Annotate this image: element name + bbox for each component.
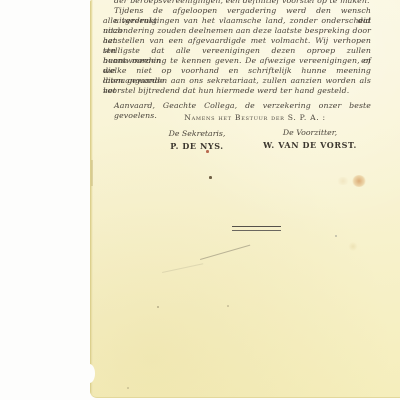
signature-heading: Namens het Bestuur der S. P. A. : [155,113,355,122]
rust-stain [352,175,366,187]
dust-speck [157,306,159,308]
scratch-mark [162,263,203,273]
paper-left-edge [90,0,93,397]
signature-chairman: De Voorzitter, W. VAN DE VORST. [263,128,357,150]
stain-halo [336,177,350,185]
dust-speck [335,235,337,237]
section-divider-rule [232,226,281,231]
closing-line: Aanvaard, Geachte Collega, de verzekerin… [103,101,371,111]
letter-line: laten geworden aan ons sekretariaat, zul… [103,76,371,86]
letter-line: aanstellen van een afgevaardigde met vol… [103,36,371,46]
letter-line: voorstel bijtredend dat hun hiermede wer… [103,86,371,96]
document-scan: der beroepsvereenigingen, een definitief… [0,0,400,400]
letter-line: stelligste dat alle vereenigingen dezen … [103,46,371,56]
letter-line: Tijdens de afgeloopen vergadering werd d… [103,6,371,16]
letter-line: welke niet op voorhand en schriftelijk h… [103,66,371,76]
paper-edge-texture [91,160,93,186]
scratch-mark [200,245,250,260]
faint-stain [348,242,358,251]
chairman-role: De Voorzitter, [263,128,357,137]
ink-speck [206,150,209,153]
letter-line: hunne meening te kennen geven. De afwezi… [103,56,371,66]
dust-speck [209,176,212,179]
signature-secretary: De Sekretaris, P. DE NYS. [164,129,230,151]
secretary-name: P. DE NYS. [164,141,230,151]
chairman-name: W. VAN DE VORST. [263,140,357,150]
dust-speck [127,387,129,389]
paper-edge-notch [84,364,95,383]
dust-speck [227,305,229,307]
letter-line: alle vereenigingen van het vlaamsche lan… [103,16,371,26]
letter-page: der beroepsvereenigingen, een definitief… [90,0,400,398]
secretary-role: De Sekretaris, [164,129,230,138]
letter-line: uitzondering zouden deelnemen aan deze l… [103,26,371,36]
letter-body: der beroepsvereenigingen, een definitief… [103,0,371,111]
